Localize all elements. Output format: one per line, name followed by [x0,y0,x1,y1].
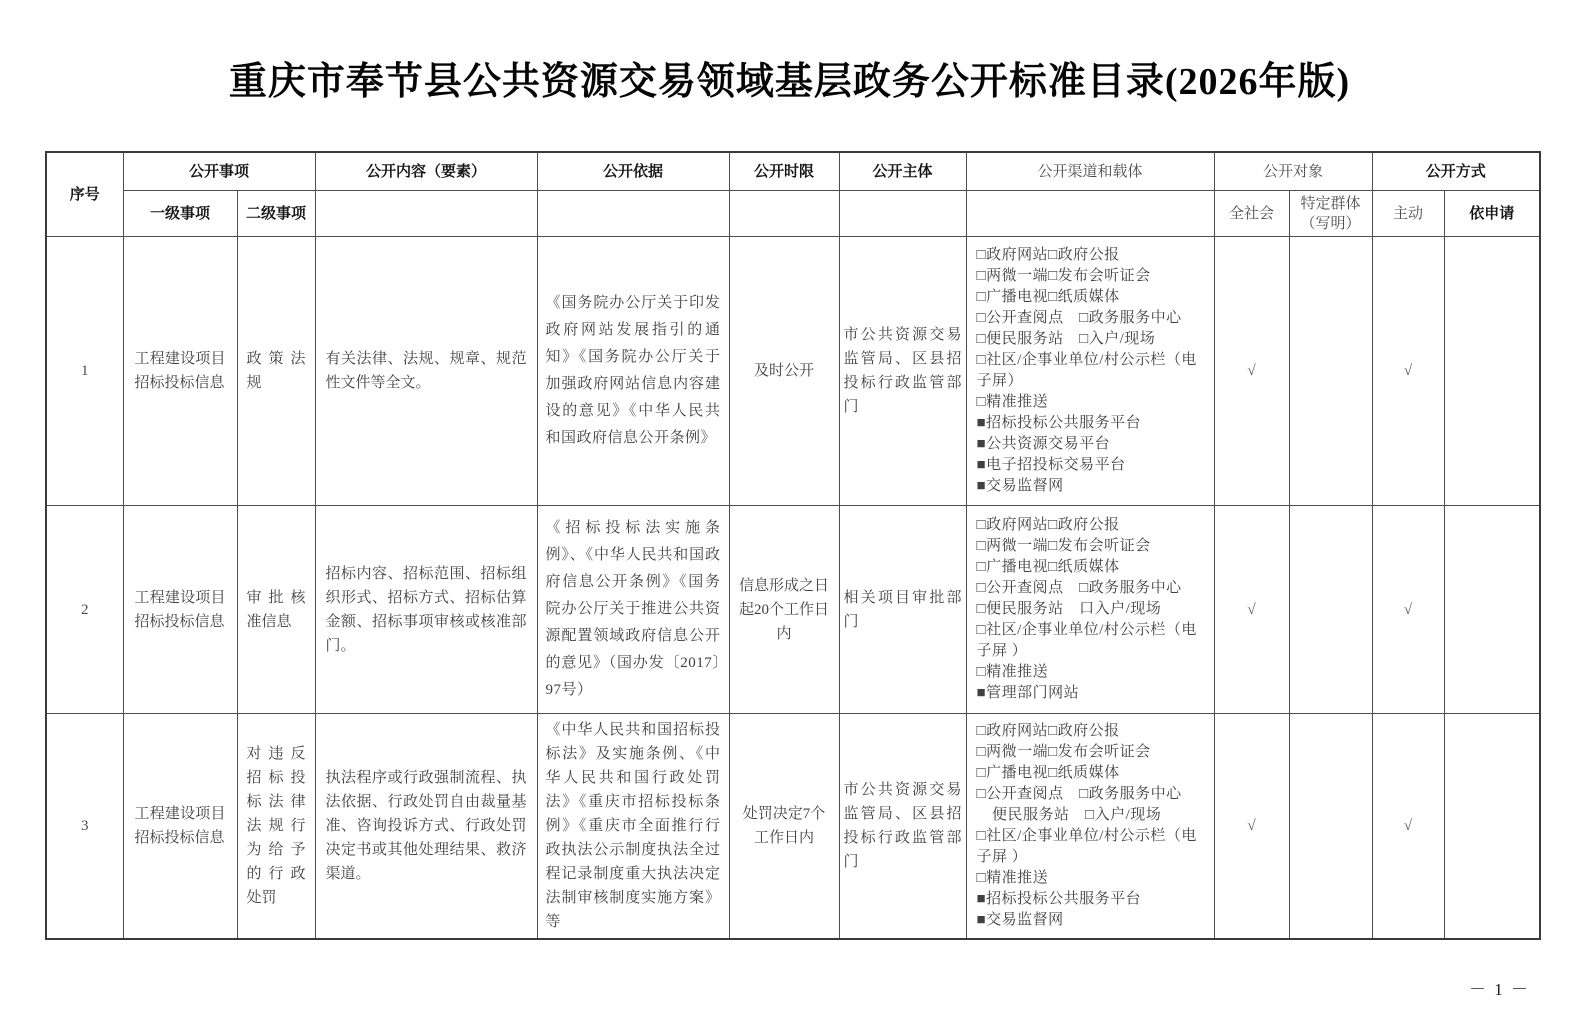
audience-specific-cell [1289,237,1372,506]
col-header-method-request: 依申请 [1444,191,1540,237]
subject-cell: 市公共资源交易监管局、区县招投标行政监管部门 [839,237,966,506]
subject-cell: 相关项目审批部门 [839,506,966,714]
method-active-check-cell: √ [1372,237,1444,506]
col-header-audience-all: 全社会 [1214,191,1289,237]
method-request-cell [1444,237,1540,506]
table-row: 3 工程建设项目招标投标信息 对违反招标投标法律法规行为给予的行政处罚 执法程序… [46,714,1540,940]
level1-matter-cell: 工程建设项目招标投标信息 [123,506,237,714]
col-header-matters: 公开事项 [123,152,315,191]
serial-cell: 3 [46,714,123,940]
channels-cell: □政府网站□政府公报 □两微一端□发布会听证会 □广播电视□纸质媒体 □公开查阅… [966,506,1214,714]
content-cell: 招标内容、招标范围、招标组织形式、招标方式、招标估算金额、招标事项审核或核准部门… [315,506,537,714]
col-header-time-limit-sub [729,191,839,237]
subject-cell: 市公共资源交易监管局、区县招投标行政监管部门 [839,714,966,940]
time-limit-cell: 信息形成之日起20个工作日内 [729,506,839,714]
page-number: － 1 － [1469,975,1530,1000]
serial-cell: 1 [46,237,123,506]
audience-all-check-cell: √ [1214,506,1289,714]
col-header-channels-sub [966,191,1214,237]
page-title: 重庆市奉节县公共资源交易领域基层政务公开标准目录(2026年版) [0,0,1579,107]
content-cell: 执法程序或行政强制流程、执法依据、行政处罚自由裁量基准、咨询投诉方式、行政处罚决… [315,714,537,940]
col-header-time-limit: 公开时限 [729,152,839,191]
col-header-basis-sub [537,191,729,237]
audience-all-check-cell: √ [1214,237,1289,506]
method-active-check-cell: √ [1372,714,1444,940]
audience-all-check-cell: √ [1214,714,1289,940]
content-cell: 有关法律、法规、规章、规范性文件等全文。 [315,237,537,506]
time-limit-cell: 及时公开 [729,237,839,506]
table-row: 1 工程建设项目招标投标信息 政策法规 有关法律、法规、规章、规范性文件等全文。… [46,237,1540,506]
col-header-audience-specific: 特定群体（写明） [1289,191,1372,237]
basis-cell: 《招标投标法实施条例》、《中华人民共和国政府信息公开条例》《国务院办公厅关于推进… [537,506,729,714]
col-header-serial: 序号 [46,152,123,237]
col-header-content: 公开内容（要素） [315,152,537,191]
channels-cell: □政府网站□政府公报 □两微一端□发布会听证会 □广播电视□纸质媒体 □公开查阅… [966,237,1214,506]
col-header-method: 公开方式 [1372,152,1540,191]
col-header-matters-l1: 一级事项 [123,191,237,237]
col-header-method-active: 主动 [1372,191,1444,237]
basis-cell: 《中华人民共和国招标投标法》及实施条例、《中华人民共和国行政处罚法》《重庆市招标… [537,714,729,940]
document-page: 重庆市奉节县公共资源交易领域基层政务公开标准目录(2026年版) 序号 公开事项… [0,0,1579,1025]
level2-matter-cell: 对违反招标投标法律法规行为给予的行政处罚 [237,714,315,940]
level1-matter-cell: 工程建设项目招标投标信息 [123,714,237,940]
audience-specific-cell [1289,714,1372,940]
col-header-basis: 公开依据 [537,152,729,191]
basis-cell: 《国务院办公厅关于印发政府网站发展指引的通知》《国务院办公厅关于加强政府网站信息… [537,237,729,506]
time-limit-cell: 处罚决定7个工作日内 [729,714,839,940]
level1-matter-cell: 工程建设项目招标投标信息 [123,237,237,506]
method-active-check-cell: √ [1372,506,1444,714]
col-header-audience: 公开对象 [1214,152,1372,191]
col-header-content-sub [315,191,537,237]
col-header-matters-l2: 二级事项 [237,191,315,237]
serial-cell: 2 [46,506,123,714]
audience-specific-cell [1289,506,1372,714]
method-request-cell [1444,506,1540,714]
level2-matter-cell: 政策法规 [237,237,315,506]
channels-cell: □政府网站□政府公报 □两微一端□发布会听证会 □广播电视□纸质媒体 □公开查阅… [966,714,1214,940]
col-header-channels: 公开渠道和载体 [966,152,1214,191]
table-row: 2 工程建设项目招标投标信息 审批核准信息 招标内容、招标范围、招标组织形式、招… [46,506,1540,714]
col-header-subject-sub [839,191,966,237]
catalog-table: 序号 公开事项 公开内容（要素） 公开依据 公开时限 公开主体 公开渠道和载体 … [45,151,1541,940]
level2-matter-cell: 审批核准信息 [237,506,315,714]
col-header-subject: 公开主体 [839,152,966,191]
method-request-cell [1444,714,1540,940]
